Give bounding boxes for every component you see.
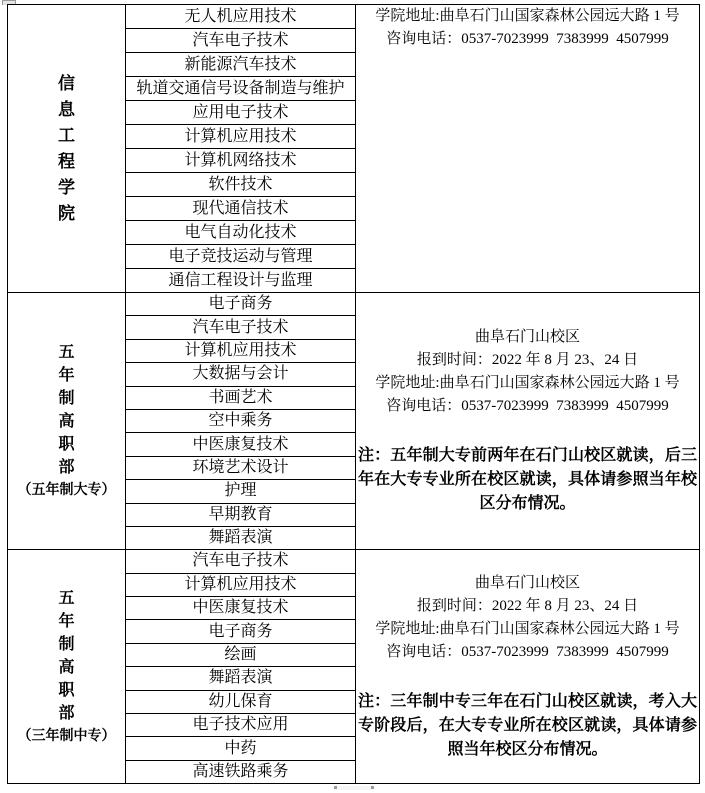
group-label-vertical: 五年制高职部: [57, 341, 77, 479]
major-cell: 电子竞技运动与管理: [126, 245, 356, 269]
major-cell: 计算机网络技术: [126, 149, 356, 173]
major-cell: 中药: [126, 737, 356, 760]
major-cell: 应用电子技术: [126, 101, 356, 125]
table-row: 五年制高职部 （三年制中专） 汽车电子技术 曲阜石门山校区 报到时间：2022 …: [8, 550, 700, 573]
campus-info-cell: 曲阜石门山校区 报到时间：2022 年 8 月 23、24 日 学院地址:曲阜石…: [356, 550, 700, 784]
major-cell: 汽车电子技术: [126, 29, 356, 53]
major-cell: 无人机应用技术: [126, 5, 356, 29]
group-label-vertical: 信息工程学院: [57, 71, 77, 227]
address-line: 学院地址:曲阜石门山国家森林公园远大路 1 号: [356, 372, 699, 395]
college-label-cell: 信息工程学院: [8, 5, 126, 293]
major-cell: 电子商务: [126, 620, 356, 643]
major-cell: 计算机应用技术: [126, 573, 356, 596]
campus-name-line: 曲阜石门山校区: [356, 326, 699, 349]
major-cell: 早期教育: [126, 503, 356, 526]
major-cell: 电子商务: [126, 293, 356, 316]
major-cell: 绘画: [126, 643, 356, 666]
major-cell: 书画艺术: [126, 386, 356, 409]
campus-note: 注：三年制中专三年在石门山校区就读，考入大专阶段后，在大专专业所在校区就读，具体…: [358, 690, 697, 762]
major-cell: 大数据与会计: [126, 363, 356, 386]
major-cell: 高速铁路乘务: [126, 760, 356, 783]
phone-line: 咨询电话：0537-7023999 7383999 4507999: [356, 395, 699, 418]
group-label-subtitle: （五年制大专）: [8, 481, 125, 501]
major-cell: 环境艺术设计: [126, 456, 356, 479]
major-cell: 中医康复技术: [126, 433, 356, 456]
major-cell: 汽车电子技术: [126, 550, 356, 573]
major-cell: 轨道交通信号设备制造与维护: [126, 77, 356, 101]
major-cell: 新能源汽车技术: [126, 53, 356, 77]
campus-info-cell: 曲阜石门山校区 报到时间：2022 年 8 月 23、24 日 学院地址:曲阜石…: [356, 293, 700, 550]
major-cell: 电子技术应用: [126, 714, 356, 737]
resize-handle-artifact: [334, 786, 374, 790]
dept-label-cell: 五年制高职部 （五年制大专）: [8, 293, 126, 550]
table-row: 信息工程学院 无人机应用技术 学院地址:曲阜石门山国家森林公园远大路 1 号 咨…: [8, 5, 700, 29]
major-cell: 幼儿保育: [126, 690, 356, 713]
section-five-year-college: 五年制高职部 （五年制大专） 电子商务 曲阜石门山校区 报到时间：2022 年 …: [8, 293, 700, 550]
campus-note: 注：五年制大专前两年在石门山校区就读，后三年在大专专业所在校区就读，具体请参照当…: [358, 444, 697, 516]
phone-line: 咨询电话：0537-7023999 7383999 4507999: [356, 28, 699, 51]
report-time-line: 报到时间：2022 年 8 月 23、24 日: [356, 349, 699, 372]
phone-line: 咨询电话：0537-7023999 7383999 4507999: [356, 641, 699, 664]
address-line: 学院地址:曲阜石门山国家森林公园远大路 1 号: [356, 618, 699, 641]
section-info-engineering: 信息工程学院 无人机应用技术 学院地址:曲阜石门山国家森林公园远大路 1 号 咨…: [8, 5, 700, 293]
major-cell: 现代通信技术: [126, 197, 356, 221]
major-cell: 舞蹈表演: [126, 526, 356, 549]
table-row: 五年制高职部 （五年制大专） 电子商务 曲阜石门山校区 报到时间：2022 年 …: [8, 293, 700, 316]
group-label-subtitle: （三年制中专）: [8, 727, 125, 747]
major-cell: 空中乘务: [126, 409, 356, 432]
major-cell: 软件技术: [126, 173, 356, 197]
campus-name-line: 曲阜石门山校区: [356, 572, 699, 595]
major-cell: 汽车电子技术: [126, 316, 356, 339]
report-time-line: 报到时间：2022 年 8 月 23、24 日: [356, 595, 699, 618]
major-cell: 计算机应用技术: [126, 125, 356, 149]
dept-label-cell: 五年制高职部 （三年制中专）: [8, 550, 126, 784]
major-cell: 舞蹈表演: [126, 667, 356, 690]
handle-dot-icon: [371, 786, 374, 789]
major-cell: 中医康复技术: [126, 597, 356, 620]
group-label-vertical: 五年制高职部: [57, 587, 77, 725]
address-line: 学院地址:曲阜石门山国家森林公园远大路 1 号: [356, 5, 699, 28]
major-cell: 电气自动化技术: [126, 221, 356, 245]
major-cell: 通信工程设计与监理: [126, 269, 356, 293]
section-three-year-secondary: 五年制高职部 （三年制中专） 汽车电子技术 曲阜石门山校区 报到时间：2022 …: [8, 550, 700, 784]
major-cell: 护理: [126, 480, 356, 503]
admission-table-page: 信息工程学院 无人机应用技术 学院地址:曲阜石门山国家森林公园远大路 1 号 咨…: [0, 0, 705, 793]
handle-dot-icon: [334, 786, 337, 789]
major-cell: 计算机应用技术: [126, 339, 356, 362]
contact-info-cell: 学院地址:曲阜石门山国家森林公园远大路 1 号 咨询电话：0537-702399…: [356, 5, 700, 293]
majors-campus-table: 信息工程学院 无人机应用技术 学院地址:曲阜石门山国家森林公园远大路 1 号 咨…: [7, 4, 700, 784]
